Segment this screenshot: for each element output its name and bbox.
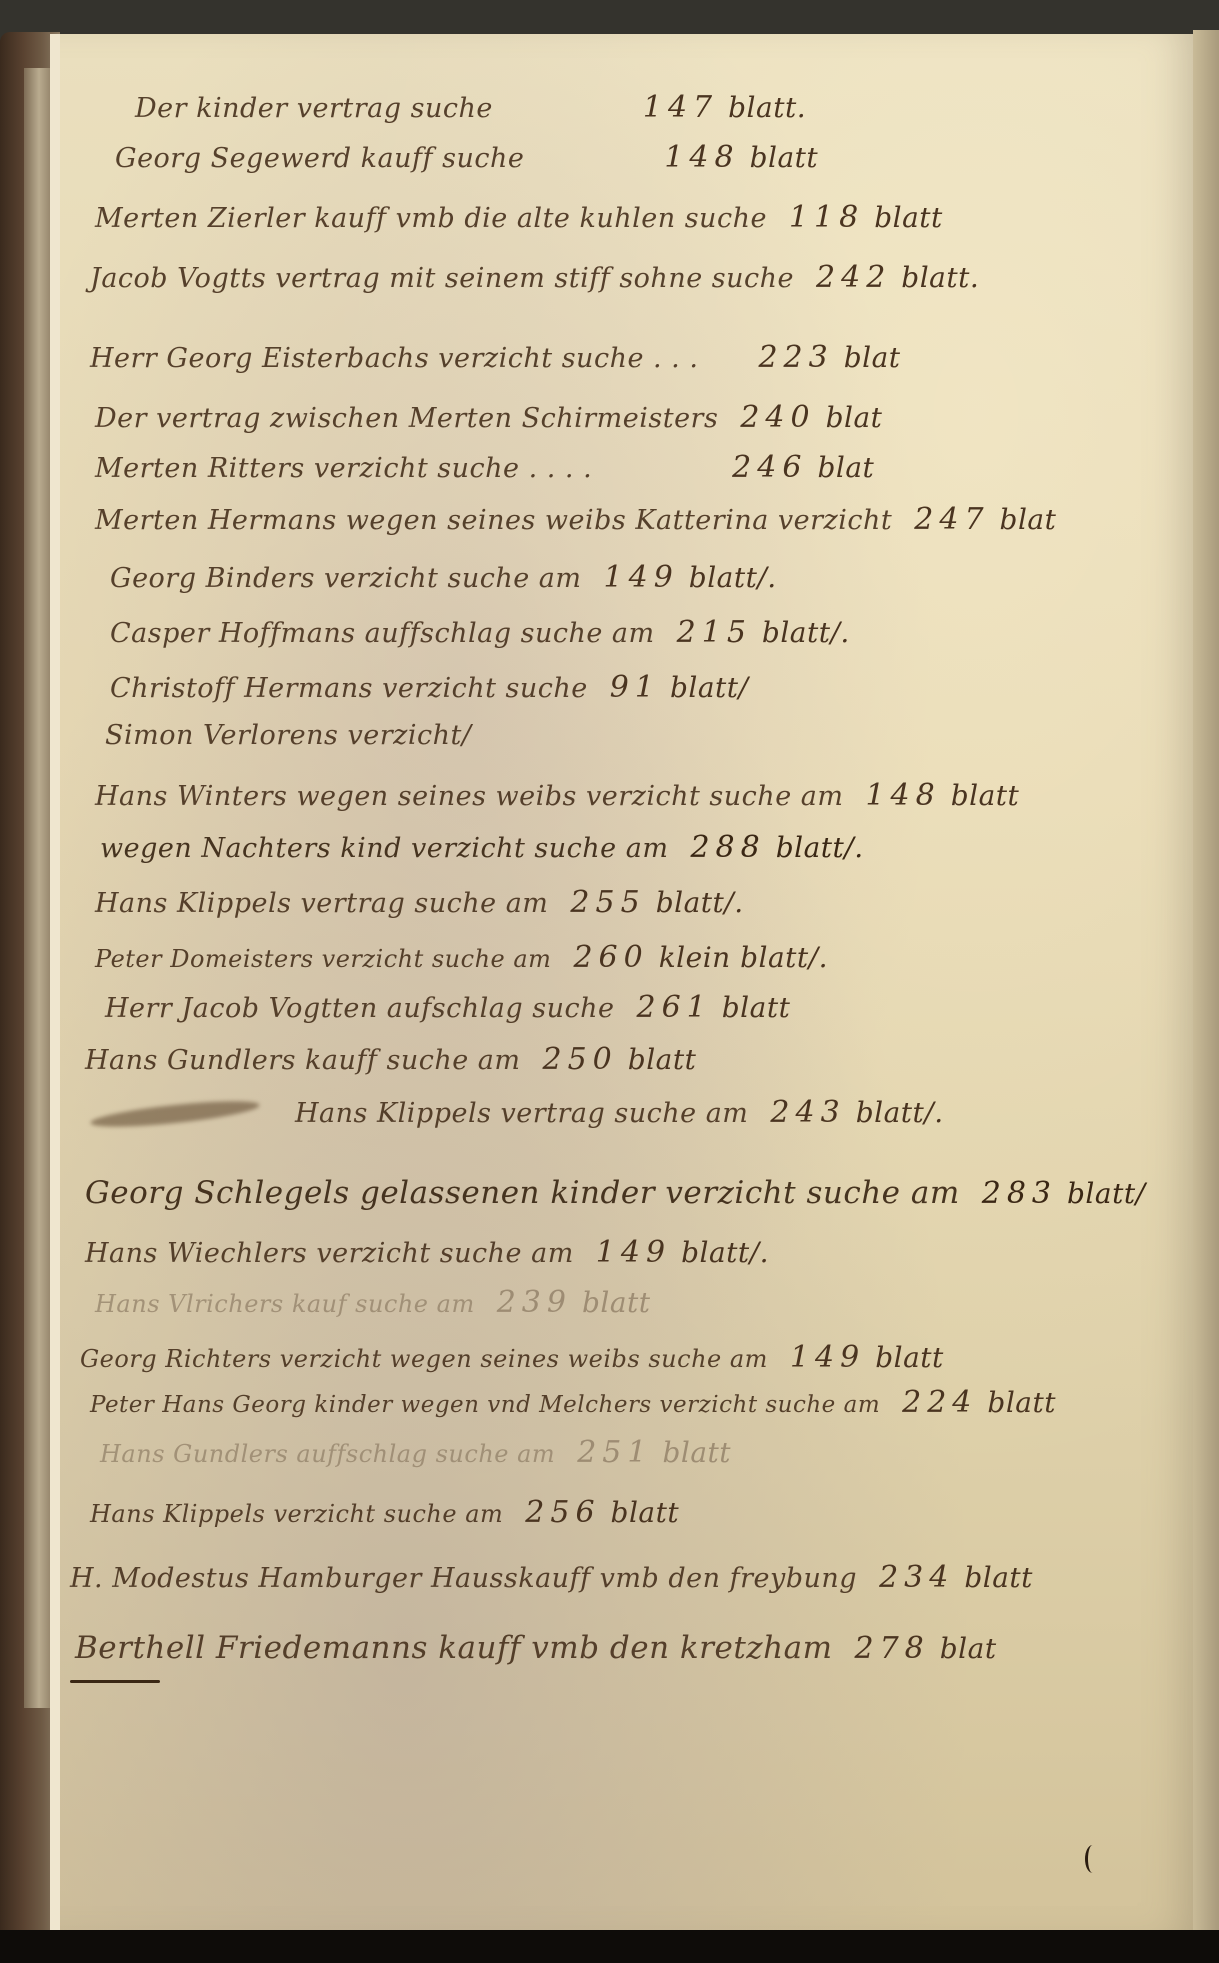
folio-number: 234 (879, 1560, 954, 1595)
register-entry: Herr Georg Eisterbachs verzicht suche . … (90, 340, 901, 375)
folio-unit: blat (826, 401, 883, 434)
folio-unit: blatt (750, 141, 819, 174)
entry-text: Herr Jacob Vogtten aufschlag suche (105, 993, 614, 1024)
entry-text: Georg Binders verzicht suche am (110, 563, 582, 594)
folio-number: 148 (664, 140, 739, 175)
entry-text: Hans Gundlers auffschlag suche am (100, 1440, 555, 1468)
entry-text: Der vertrag zwischen Merten Schirmeister… (95, 403, 718, 434)
entry-text: Jacob Vogtts vertrag mit seinem stiff so… (90, 263, 794, 294)
folio-number: 147 (643, 90, 718, 125)
folio-number: 288 (690, 830, 765, 865)
entry-text: Hans Winters wegen seines weibs verzicht… (95, 781, 843, 812)
folio-number: 243 (770, 1095, 845, 1130)
folio-number: 250 (543, 1042, 618, 1077)
folio-unit: blatt (582, 1286, 651, 1319)
folio-unit: blatt (987, 1386, 1056, 1419)
folio-number: 240 (740, 400, 815, 435)
folio-number: 148 (865, 778, 940, 813)
folio-unit: blatt/. (681, 1236, 769, 1269)
register-entry: H. Modestus Hamburger Hausskauff vmb den… (70, 1560, 1033, 1595)
folio-number: 91 (610, 670, 660, 705)
entry-text: Merten Zierler kauff vmb die alte kuhlen… (95, 203, 767, 234)
folio-unit: blatt (951, 779, 1020, 812)
entry-text: Der kinder vertrag suche (135, 93, 493, 124)
register-entry: Hans Wiechlers verzicht suche am 149 bla… (85, 1235, 769, 1270)
folio-number: 261 (636, 990, 711, 1025)
folio-unit: blatt (964, 1561, 1033, 1594)
folio-unit: blatt. (901, 261, 979, 294)
folio-unit: blatt/ (670, 671, 749, 704)
entry-text: Hans Klippels verzicht suche am (90, 1500, 503, 1528)
register-entry: Der vertrag zwischen Merten Schirmeister… (95, 400, 882, 435)
folio-number: 149 (596, 1235, 671, 1270)
entry-text: Hans Klippels vertrag suche am (95, 888, 548, 919)
folio-number: 215 (677, 615, 752, 650)
entry-text: H. Modestus Hamburger Hausskauff vmb den… (70, 1563, 857, 1594)
folio-unit: blatt/. (656, 886, 744, 919)
folio-number: 239 (497, 1285, 572, 1320)
register-entry: Peter Hans Georg kinder wegen vnd Melche… (90, 1385, 1056, 1420)
folio-unit: blatt/. (776, 831, 864, 864)
folio-number: 255 (570, 885, 645, 920)
register-entry: Hans Klippels verzicht suche am 256 blat… (90, 1495, 679, 1530)
entry-text: Georg Richters verzicht wegen seines wei… (80, 1345, 768, 1373)
folio-unit: klein blatt/. (659, 941, 828, 974)
register-entry: Georg Segewerd kauff suche 148 blatt (115, 140, 818, 175)
folio-unit: blatt. (728, 91, 806, 124)
register-entry: Hans Vlrichers kauf suche am 239 blatt (95, 1285, 651, 1320)
folio-unit: blat (940, 1632, 997, 1665)
folio-unit: blatt (611, 1496, 680, 1529)
folio-number: 260 (573, 940, 648, 975)
folio-number: 256 (525, 1495, 600, 1530)
entry-text: Berthell Friedemanns kauff vmb den kretz… (75, 1630, 832, 1666)
folio-number: 283 (982, 1176, 1057, 1211)
folio-unit: blatt (874, 201, 943, 234)
entry-text: Hans Gundlers kauff suche am (85, 1045, 521, 1076)
folio-unit: blat (844, 341, 901, 374)
register-entry: Der kinder vertrag suche 147 blatt. (135, 90, 806, 125)
entry-text: Georg Segewerd kauff suche (115, 143, 524, 174)
entry-text: Merten Ritters verzicht suche . . . . (95, 453, 592, 484)
register-entry: Hans Winters wegen seines weibs verzicht… (95, 778, 1019, 813)
folio-number: 224 (902, 1385, 977, 1420)
entry-text: Simon Verlorens verzicht/ (105, 720, 471, 751)
register-entry: Berthell Friedemanns kauff vmb den kretz… (75, 1630, 997, 1666)
folio-unit: blat (817, 451, 874, 484)
entry-text: wegen Nachters kind verzicht suche am (100, 833, 668, 864)
folio-unit: blatt (628, 1043, 697, 1076)
entry-text: Christoff Hermans verzicht suche (110, 673, 588, 704)
register-entry: Jacob Vogtts vertrag mit seinem stiff so… (90, 260, 979, 295)
folio-unit: blatt/. (689, 561, 777, 594)
facing-page-edge (1193, 30, 1219, 1930)
register-entry: Casper Hoffmans auffschlag suche am 215 … (110, 615, 850, 650)
folio-number: 118 (789, 200, 864, 235)
folio-number: 246 (732, 450, 807, 485)
register-entry: Merten Hermans wegen seines weibs Katter… (95, 502, 1056, 537)
register-entry: wegen Nachters kind verzicht suche am 28… (100, 830, 864, 865)
entry-text: Peter Domeisters verzicht suche am (95, 945, 551, 973)
entry-text: Merten Hermans wegen seines weibs Katter… (95, 505, 892, 536)
folio-unit: blatt (875, 1341, 944, 1374)
entry-text: Casper Hoffmans auffschlag suche am (110, 618, 655, 649)
entry-text: Hans Wiechlers verzicht suche am (85, 1238, 574, 1269)
register-entry: Georg Richters verzicht wegen seines wei… (80, 1340, 944, 1375)
folio-number: 247 (914, 502, 989, 537)
folio-number: 223 (758, 340, 833, 375)
entry-text: Georg Schlegels gelassenen kinder verzic… (85, 1175, 960, 1211)
register-entry: Herr Jacob Vogtten aufschlag suche 261 b… (105, 990, 790, 1025)
folio-number: 149 (604, 560, 679, 595)
background-bottom (0, 1930, 1219, 1963)
entry-text: Peter Hans Georg kinder wegen vnd Melche… (90, 1392, 880, 1418)
folio-unit: blatt/. (762, 616, 850, 649)
register-entry: Hans Klippels vertrag suche am 243 blatt… (295, 1095, 944, 1130)
ink-mark (1085, 1845, 1100, 1873)
folio-unit: blatt (722, 991, 791, 1024)
underline-flourish (70, 1680, 160, 1683)
register-entry: Merten Ritters verzicht suche . . . . 24… (95, 450, 874, 485)
folio-number: 149 (790, 1340, 865, 1375)
register-entry: Hans Gundlers auffschlag suche am 251 bl… (100, 1435, 731, 1470)
register-entry: Hans Gundlers kauff suche am 250 blatt (85, 1042, 696, 1077)
register-entry: Hans Klippels vertrag suche am 255 blatt… (95, 885, 744, 920)
entry-text: Hans Vlrichers kauf suche am (95, 1290, 475, 1318)
folio-number: 278 (854, 1631, 929, 1666)
register-entry: Georg Schlegels gelassenen kinder verzic… (85, 1175, 1146, 1211)
register-entry: Christoff Hermans verzicht suche 91 blat… (110, 670, 748, 705)
register-entry: Simon Verlorens verzicht/ (105, 720, 503, 751)
folio-unit: blatt (662, 1436, 731, 1469)
entry-text: Hans Klippels vertrag suche am (295, 1098, 748, 1129)
register-entry: Georg Binders verzicht suche am 149 blat… (110, 560, 777, 595)
folio-number: 242 (816, 260, 891, 295)
folio-unit: blatt/ (1067, 1177, 1146, 1210)
register-entry: Merten Zierler kauff vmb die alte kuhlen… (95, 200, 943, 235)
entry-text: Herr Georg Eisterbachs verzicht suche . … (90, 343, 698, 374)
folio-number: 251 (577, 1435, 652, 1470)
register-entry: Peter Domeisters verzicht suche am 260 k… (95, 940, 828, 975)
folio-unit: blat (1000, 503, 1057, 536)
folio-unit: blatt/. (856, 1096, 944, 1129)
